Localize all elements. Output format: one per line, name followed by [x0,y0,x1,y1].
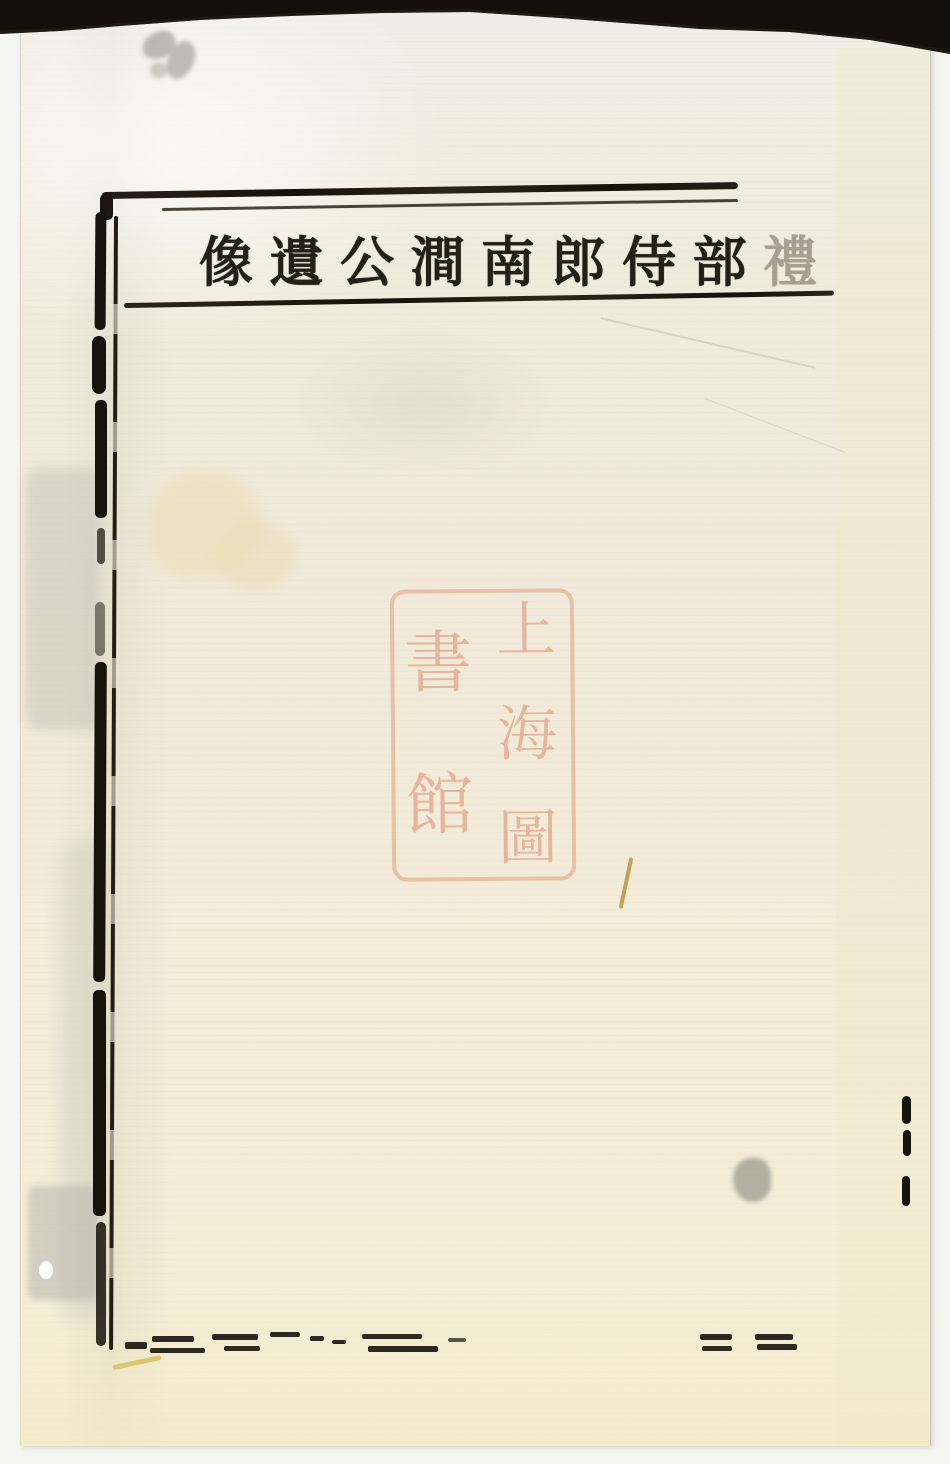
title-char: 遺 [268,232,326,292]
border-left-segment [95,400,107,518]
border-right-segment [903,1130,911,1156]
seal-column-left: 書 館 [394,593,484,878]
border-right-segment [902,1096,911,1124]
title-char: 侍 [620,232,678,292]
title-char: 澗 [409,232,467,292]
border-left-segment [97,528,105,564]
border-bottom-dash [125,1342,147,1349]
shanghai-library-seal: 書 館 上 海 圖 [390,588,577,882]
title-char: 部 [691,232,749,292]
title-char: 郎 [550,232,608,292]
border-bottom-dash [755,1334,793,1340]
seal-char: 上 [496,600,557,661]
border-left-segment [93,662,107,982]
border-right-segment [902,1176,910,1206]
border-bottom-dash [700,1334,732,1340]
border-left-segment [95,212,107,330]
title-char: 公 [338,232,396,292]
title-char: 南 [479,232,537,292]
seal-char: 海 [497,704,558,765]
book-edge-shadow [0,0,950,60]
seal-char: 書 [404,630,473,699]
border-left-segment [95,602,105,656]
seal-char: 圖 [498,808,559,869]
border-left-segment [92,336,106,394]
title-char-faded: 禮 [761,232,819,292]
border-bottom-dash [152,1336,194,1342]
seal-column-right: 上 海 圖 [482,592,572,877]
border-left-segment [93,990,106,1216]
seal-char: 館 [405,772,474,841]
border-left-segment [96,1222,106,1346]
border-bottom-dash [224,1346,260,1351]
page-title: 像 遺 公 澗 南 郎 侍 部 禮 [197,231,819,293]
border-bottom-dash [332,1340,346,1344]
border-bottom-dash [702,1346,732,1351]
scan-root: 像 遺 公 澗 南 郎 侍 部 禮 書 館 上 海 圖 [0,0,950,1464]
border-bottom-dash [448,1338,466,1342]
border-bottom-dash [150,1348,205,1353]
border-bottom-dash [757,1344,797,1350]
title-char: 像 [197,232,255,292]
border-bottom-dash [310,1336,324,1341]
border-bottom-dash [362,1334,422,1339]
border-bottom-dash [270,1332,300,1337]
border-bottom-dash [212,1334,258,1340]
border-bottom-dash [368,1346,438,1352]
